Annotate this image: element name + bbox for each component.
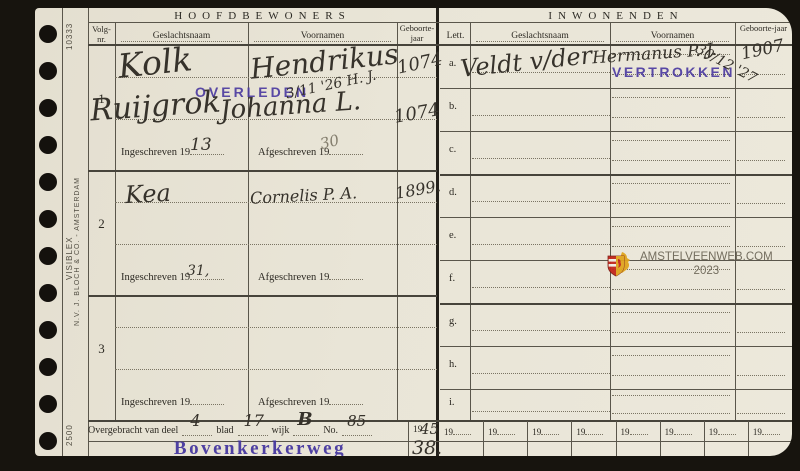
- punch-hole: [39, 25, 57, 43]
- lett-value: h.: [449, 359, 457, 370]
- colhead-geboortejaar-right: Geboorte-jaar: [735, 24, 792, 34]
- year-cell-prefix: 19: [621, 427, 630, 437]
- volgnr-value: 2: [88, 216, 115, 232]
- form-number-bottom: 2500: [65, 424, 74, 446]
- colhead-lett: Lett.: [441, 31, 470, 42]
- colhead-volgnr: Volg-nr.: [88, 25, 115, 45]
- register-card: 10333 VISIBLEX N.V. J. BLOCH & CO. - AMS…: [35, 8, 792, 456]
- year-cell-prefix: 19: [576, 427, 585, 437]
- geboortejaar-entry: 1899.: [394, 176, 442, 203]
- punch-hole: [39, 432, 57, 450]
- ingeschreven-value: 13: [190, 135, 212, 155]
- punch-hole: [39, 99, 57, 117]
- empty-year-cells-row: [440, 442, 792, 456]
- punch-hole: [39, 321, 57, 339]
- no-label: No.: [323, 425, 338, 436]
- title-underline: [88, 22, 792, 23]
- afgeschreven-label: Afgeschreven 19: [258, 147, 329, 158]
- punch-hole: [39, 284, 57, 302]
- punch-hole: [39, 173, 57, 191]
- inwonende-row-g: g.: [440, 303, 792, 347]
- volgnr-value: 3: [88, 341, 115, 357]
- hoofdbewoner-block-2: 2 Kea Cornelis P. A. 1899. Ingeschreven …: [88, 170, 437, 295]
- house-number: 38.: [412, 437, 442, 456]
- year-cell-prefix: 19: [753, 427, 762, 437]
- ingeschreven-label: Ingeschreven 19: [121, 272, 190, 283]
- margin-rule: [62, 8, 63, 456]
- section-title-hoofdbewoners: HOOFDBEWONERS: [88, 10, 437, 22]
- colhead-geboortejaar-left: Geboorte-jaar: [397, 24, 437, 44]
- voornamen-entry: Cornelis P. A.: [250, 183, 358, 208]
- deel-value: 4: [190, 411, 200, 430]
- hoofdbewoner-block-3: 3 Ingeschreven 19 Afgeschreven 19: [88, 295, 437, 420]
- overgebracht-label: Overgebracht van deel: [88, 425, 178, 436]
- punch-hole: [39, 247, 57, 265]
- lett-value: e.: [449, 230, 456, 241]
- year-value: 45: [420, 420, 439, 438]
- geslachtsnaam-entry: Kea: [124, 179, 171, 209]
- year-cell-prefix: 19: [709, 427, 718, 437]
- punch-hole: [39, 136, 57, 154]
- punch-hole: [39, 210, 57, 228]
- year-cell-prefix: 19: [665, 427, 674, 437]
- lett-value: f.: [449, 273, 455, 284]
- form-number-top: 10333: [65, 23, 74, 50]
- archive-watermark: AMSTELVEENWEB.COM 2023: [606, 250, 773, 285]
- ingeschreven-label: Ingeschreven 19: [121, 397, 190, 408]
- punch-hole: [39, 358, 57, 376]
- watermark-year: 2023: [640, 264, 773, 278]
- year-cell-prefix: 19: [488, 427, 497, 437]
- lett-value: a.: [449, 58, 456, 69]
- printer-company: N.V. J. BLOCH & CO. - AMSTERDAM: [74, 177, 81, 326]
- afgeschreven-label: Afgeschreven 19: [258, 272, 329, 283]
- ingeschreven-value: 31,: [187, 263, 209, 279]
- afgeschreven-label: Afgeschreven 19: [258, 397, 329, 408]
- inwonende-row-h: h.: [440, 346, 792, 390]
- punch-hole: [39, 395, 57, 413]
- year-cell-prefix: 19: [444, 427, 453, 437]
- blad-label: blad: [216, 425, 233, 436]
- geslachtsnaam-entry: Kolk: [116, 39, 194, 86]
- year-cell-prefix: 19: [532, 427, 541, 437]
- lett-value: i.: [449, 397, 455, 408]
- punch-hole: [39, 62, 57, 80]
- lett-value: g.: [449, 316, 457, 327]
- inwonende-row-i: i.: [440, 389, 792, 420]
- blad-value: 17: [244, 411, 264, 430]
- printer-brand: VISIBLEX: [65, 236, 74, 280]
- wijk-label: wijk: [272, 425, 290, 436]
- geboortejaar-entry: 1074: [393, 99, 442, 128]
- lett-value: b.: [449, 101, 457, 112]
- no-value: 85: [347, 412, 366, 430]
- street-stamp: Bovenkerkerweg: [147, 438, 373, 456]
- inwonende-row-b: b.: [440, 88, 792, 132]
- coat-of-arms-icon: [606, 250, 636, 285]
- inwonende-row-c: c.: [440, 131, 792, 176]
- section-title-inwonenden: INWONENDEN: [440, 10, 792, 22]
- lett-value: c.: [449, 144, 456, 155]
- inwonende-row-d: d.: [440, 174, 792, 218]
- lett-value: d.: [449, 187, 457, 198]
- watermark-text: AMSTELVEENWEB.COM: [640, 250, 773, 264]
- year-cells-row: 19 19 19 19 19 19 19 19: [440, 421, 792, 441]
- wijk-value: B: [297, 409, 312, 430]
- ingeschreven-label: Ingeschreven 19: [121, 147, 190, 158]
- hoofdbewoner-block-1: 1 Kolk Hendrikus 1074 OVERLEDEN 3/11 '26…: [88, 45, 437, 170]
